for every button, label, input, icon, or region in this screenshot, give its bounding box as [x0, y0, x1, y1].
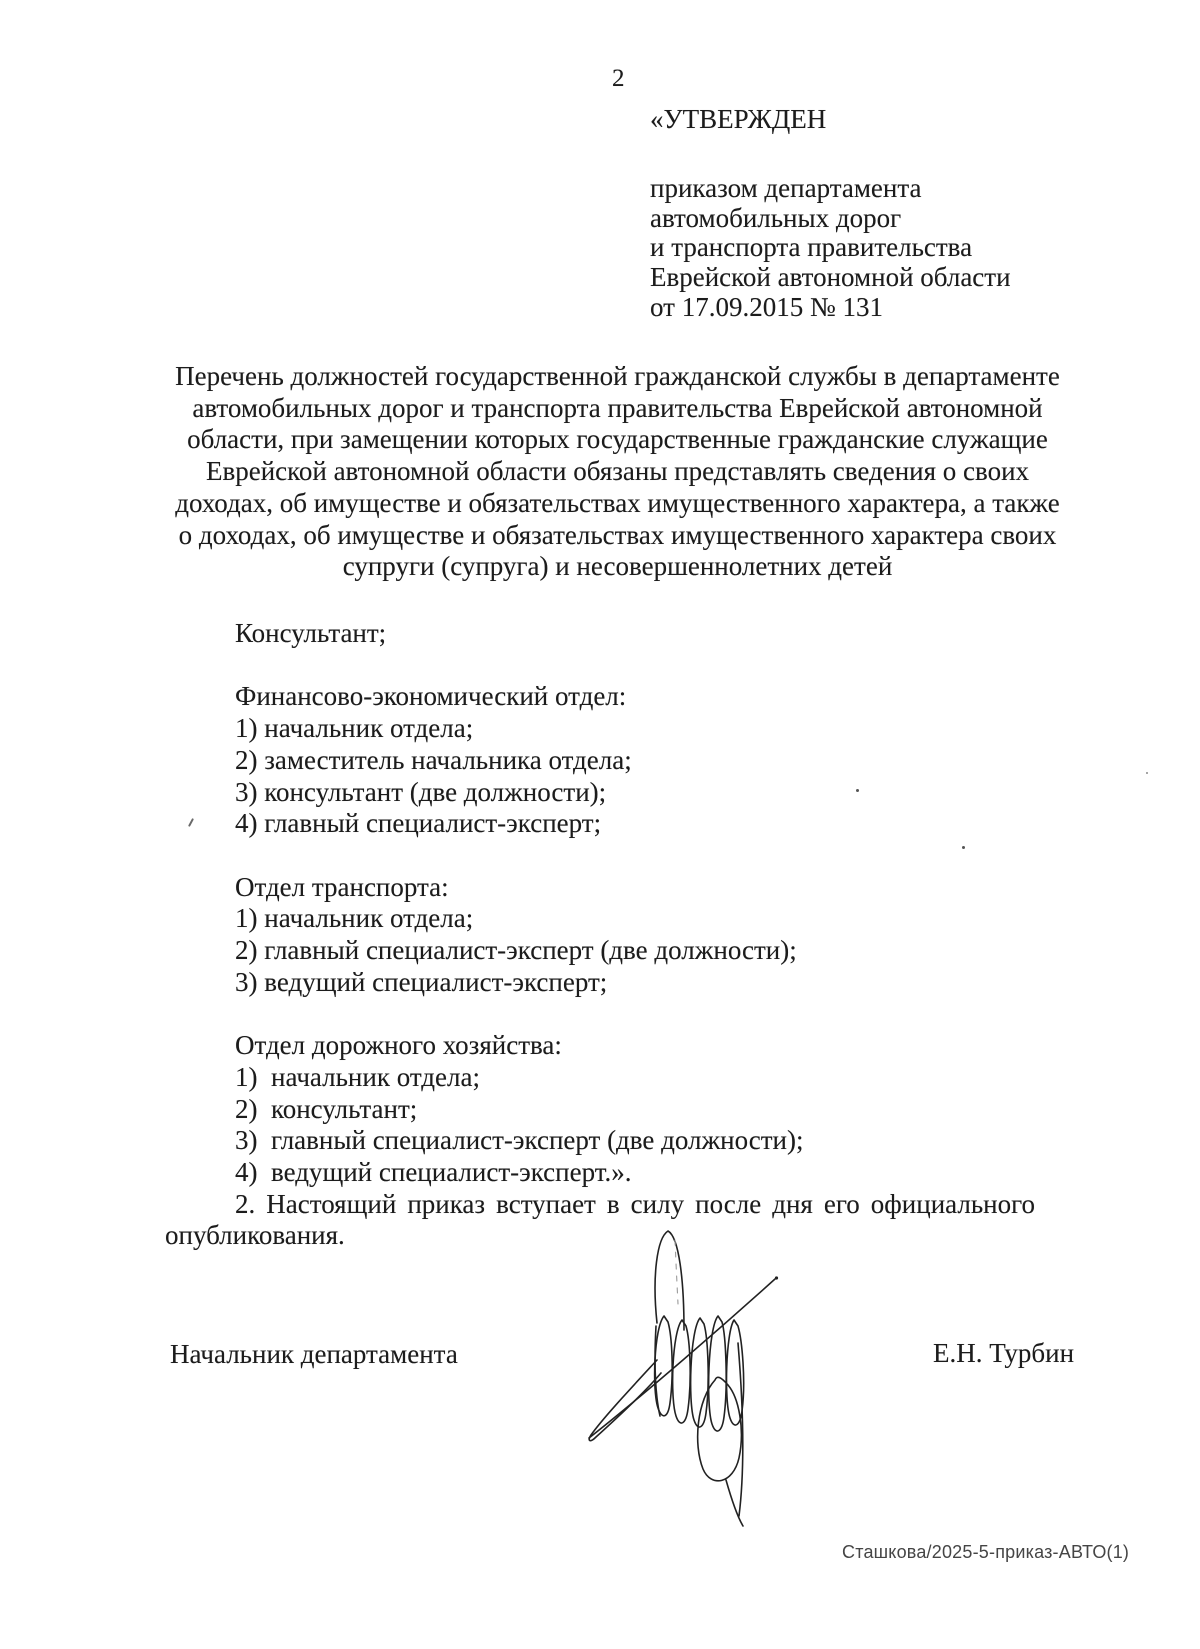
list-item: Консультант;: [165, 618, 1035, 650]
signature-stroke: [673, 1320, 691, 1423]
blank-line: [165, 650, 1035, 682]
handwritten-signature-icon: [545, 1168, 815, 1533]
approval-line: приказом департамента: [650, 174, 1011, 204]
scan-speck: [1146, 772, 1148, 774]
signature-stroke: [691, 1318, 709, 1427]
list-item: 1) начальник отдела;: [165, 903, 1035, 935]
approval-stamp-block: приказом департамента автомобильных доро…: [650, 174, 1011, 323]
title-line: автомобильных дорог и транспорта правите…: [140, 393, 1095, 425]
approval-stamp-heading: «УТВЕРЖДЕН: [650, 104, 826, 134]
list-item: 1) начальник отдела;: [165, 713, 1035, 745]
signature-stroke: [727, 1320, 744, 1425]
signature-stroke: [589, 1279, 775, 1438]
scan-speck: [962, 846, 965, 849]
signer-position-title: Начальник департамента: [170, 1339, 458, 1371]
title-line: области, при замещении которых государст…: [140, 424, 1095, 456]
list-item: 2) заместитель начальника отдела;: [165, 745, 1035, 777]
approval-line: Еврейской автономной области: [650, 263, 1011, 293]
signature-stroke: [709, 1316, 727, 1431]
signer-name: Е.Н. Турбин: [933, 1338, 1074, 1370]
document-page: 2 «УТВЕРЖДЕН приказом департамента автом…: [0, 0, 1200, 1649]
approval-line: автомобильных дорог: [650, 204, 1011, 234]
section-heading: Отдел транспорта:: [165, 872, 1035, 904]
section-heading: Финансово-экономический отдел:: [165, 681, 1035, 713]
document-body: Консультант; Финансово-экономический отд…: [165, 618, 1035, 1252]
approval-line: от 17.09.2015 № 131: [650, 293, 1011, 323]
list-item: 2) главный специалист-эксперт (две должн…: [165, 935, 1035, 967]
approval-line: и транспорта правительства: [650, 233, 1011, 263]
page-number: 2: [612, 66, 625, 91]
list-item: 2) консультант;: [165, 1094, 1035, 1126]
section-heading: Отдел дорожного хозяйства:: [165, 1030, 1035, 1062]
title-line: Еврейской автономной области обязаны пре…: [140, 456, 1095, 488]
signature-stroke: [655, 1231, 684, 1330]
blank-line: [165, 998, 1035, 1030]
list-item: 3) главный специалист-эксперт (две должн…: [165, 1125, 1035, 1157]
list-item: 4) главный специалист-эксперт;: [165, 808, 1035, 840]
title-line: доходах, об имуществе и обязательствах и…: [140, 488, 1095, 520]
signature-stroke: [775, 1276, 778, 1279]
blank-line: [165, 840, 1035, 872]
footer-reference: Сташкова/2025-5-приказ-АВТО(1): [842, 1542, 1129, 1562]
title-line: о доходах, об имуществе и обязательствах…: [140, 520, 1095, 552]
document-title: Перечень должностей государственной граж…: [140, 361, 1095, 583]
title-line: супруги (супруга) и несовершеннолетних д…: [140, 551, 1095, 583]
title-line: Перечень должностей государственной граж…: [140, 361, 1095, 393]
list-item: 3) ведущий специалист-эксперт;: [165, 967, 1035, 999]
scan-speck: [856, 789, 859, 792]
signature-stroke: [738, 1343, 743, 1516]
list-item: 1) начальник отдела;: [165, 1062, 1035, 1094]
list-item: 3) консультант (две должности);: [165, 777, 1035, 809]
